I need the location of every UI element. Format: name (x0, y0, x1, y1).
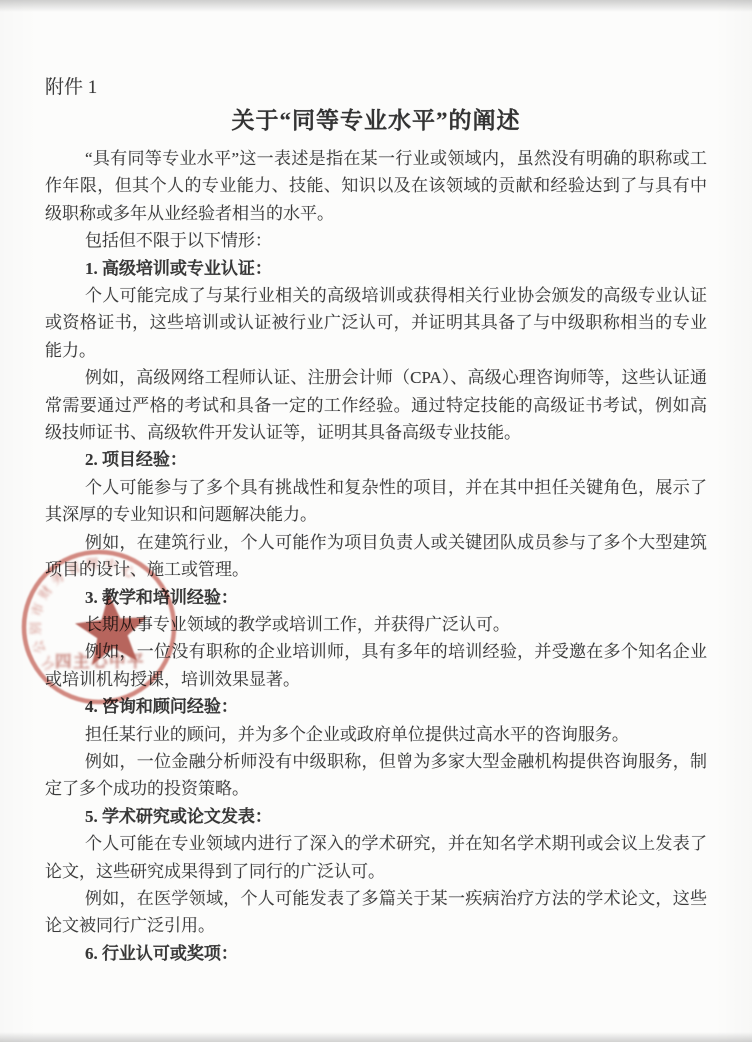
document-content: 附件 1 关于“同等专业水平”的阐述 “具有同等专业水平”这一表述是指在某一行业… (45, 74, 707, 967)
section-heading: 2. 项目经验： (45, 446, 707, 473)
section-heading: 6. 行业认可或奖项： (45, 940, 707, 967)
intro-paragraph: “具有同等专业水平”这一表述是指在某一行业或领域内，虽然没有明确的职称或工作年限… (45, 145, 707, 227)
attachment-label: 附件 1 (45, 74, 707, 101)
paragraph: 例如，在医学领域，个人可能发表了多篇关于某一疾病治疗方法的学术论文，这些论文被同… (45, 885, 707, 940)
document-title: 关于“同等专业水平”的阐述 (45, 104, 707, 137)
paragraph: 例如，在建筑行业，个人可能作为项目负责人或关键团队成员参与了多个大型建筑项目的设… (45, 529, 707, 584)
paragraph: 个人可能参与了多个具有挑战性和复杂性的项目，并在其中担任关键角色，展示了其深厚的… (45, 474, 707, 529)
paragraph: 例如，一位没有职称的企业培训师，具有多年的培训经验，并受邀在多个知名企业或培训机… (45, 638, 707, 693)
scan-edge-top (0, 0, 752, 12)
paragraph: 担任某行业的顾问，并为多个企业或政府单位提供过高水平的咨询服务。 (45, 721, 707, 748)
section-heading: 5. 学术研究或论文发表： (45, 803, 707, 830)
document-page: 附件 1 关于“同等专业水平”的阐述 “具有同等专业水平”这一表述是指在某一行业… (0, 0, 752, 1042)
paragraph: 个人可能在专业领域内进行了深入的学术研究，并在知名学术期刊或会议上发表了论文，这… (45, 830, 707, 885)
paragraph: 例如，高级网络工程师认证、注册会计师（CPA）、高级心理咨询师等，这些认证通常需… (45, 364, 707, 446)
paragraph: 个人可能完成了与某行业相关的高级培训或获得相关行业协会颁发的高级专业认证或资格证… (45, 282, 707, 364)
paragraph: 例如，一位金融分析师没有中级职称，但曾为多家大型金融机构提供咨询服务，制定了多个… (45, 748, 707, 803)
paragraph: 长期从事专业领域的教学或培训工作，并获得广泛认可。 (45, 611, 707, 638)
section-heading: 1. 高级培训或专业认证： (45, 255, 707, 282)
scan-edge-bottom (0, 1032, 752, 1042)
section-heading: 4. 咨询和顾问经验： (45, 693, 707, 720)
intro-paragraph: 包括但不限于以下情形： (45, 227, 707, 254)
section-heading: 3. 教学和培训经验： (45, 584, 707, 611)
